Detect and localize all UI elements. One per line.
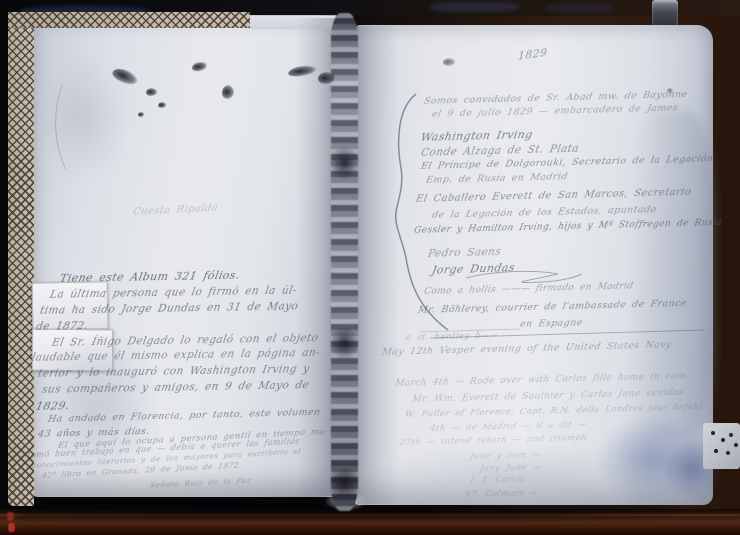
handwriting-line: March 4th — Rode over with Carlos fille …	[394, 371, 690, 389]
photo-of-open-album: Cuesta RipaldaTiene este Album 321 fólio…	[0, 0, 740, 535]
handwriting-line: 1829	[518, 46, 548, 63]
handwriting-line: 4th — de Madrid — il a dit —	[429, 420, 587, 434]
handwriting-line: Emp. de Rusia en Madrid	[425, 171, 569, 186]
handwriting-line: Gessler y Hamilton Irving, hijos y Mª St…	[413, 218, 723, 236]
handwriting-line: Como a hollis ——— firmado en Madrid	[423, 281, 634, 297]
handwriting-line: 97. Colmars —	[464, 488, 539, 500]
handwriting-line: Jorge Dundas	[431, 261, 516, 277]
handwriting-line: Pedro Saens	[427, 246, 502, 260]
handwriting-line: en Espagne	[519, 317, 584, 330]
handwriting-line: W. Fuller of Florence, Capt. R.N. della …	[404, 402, 703, 420]
handwriting-line: June y com —	[469, 450, 542, 462]
right-page-handwriting: 1829Somos convidados de Sr. Abad mw. de …	[0, 0, 740, 535]
handwriting-line: Washington Irving	[420, 128, 534, 144]
handwriting-line: de la Legación de los Estados, apuntado	[431, 204, 658, 221]
handwriting-line: Mr. Wm. Everett de Saulnier y Carlos Jun…	[411, 388, 685, 405]
handwriting-line: J. T. Larios	[469, 475, 526, 486]
handwriting-line: a st. huntley b——	[405, 331, 500, 343]
handwriting-line: El Caballero Everett de San Marcos, Secr…	[415, 187, 692, 205]
handwriting-line: 27th — intend return — and triumph	[399, 433, 588, 448]
handwriting-line: Jany June —	[479, 462, 542, 474]
handwriting-line: Mr. Böhlerey, courrier de l'ambassade de…	[417, 298, 688, 316]
